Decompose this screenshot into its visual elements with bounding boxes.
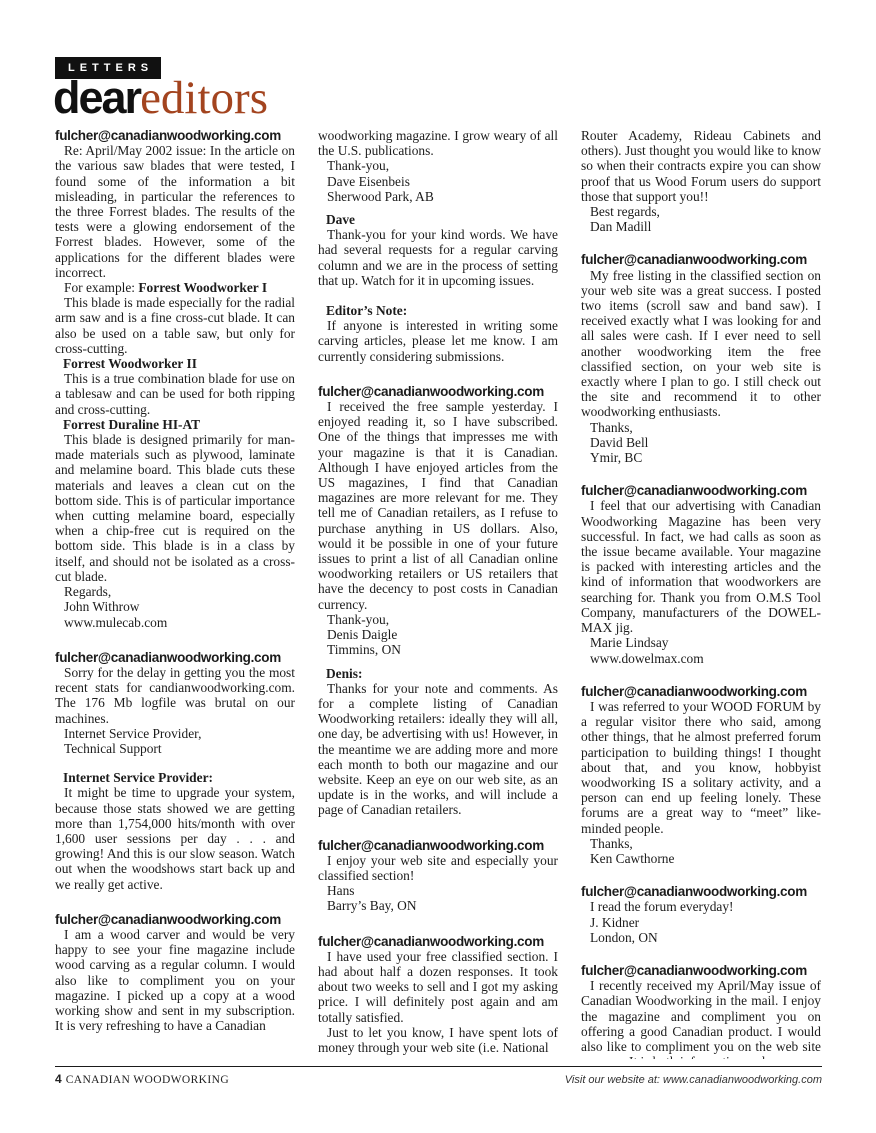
column-1: fulcher@canadianwoodworking.comRe: April…	[55, 128, 295, 1059]
signature-line: Thanks,	[581, 836, 821, 851]
footer-left: 4CANADIAN WOODWORKING	[55, 1072, 229, 1086]
paragraph: I am a wood carver and would be very hap…	[55, 927, 295, 1033]
email-heading: fulcher@canadianwoodworking.com	[581, 963, 821, 978]
paragraph: I read the forum everyday!	[581, 899, 821, 914]
bold-text: Forrest Woodworker I	[138, 280, 267, 295]
letter-gap	[318, 288, 558, 303]
signature-block: J. KidnerLondon, ON	[581, 915, 821, 945]
email-heading: fulcher@canadianwoodworking.com	[55, 128, 295, 143]
signature-block: Internet Service Provider,Technical Supp…	[55, 726, 295, 756]
signature-line: Thank-you,	[318, 612, 558, 627]
paragraph: Re: April/May 2002 issue: In the article…	[55, 143, 295, 280]
letter-gap	[581, 945, 821, 963]
paragraph: If anyone is interested in writing some …	[318, 318, 558, 364]
signature-block: Thanks,Ken Cawthorne	[581, 836, 821, 866]
plain-text: For example:	[64, 280, 138, 295]
signature-block: Thank-you,Denis DaigleTimmins, ON	[318, 612, 558, 658]
email-heading: fulcher@canadianwoodworking.com	[581, 684, 821, 699]
signature-line: Ken Cawthorne	[581, 851, 821, 866]
signature-line: Ymir, BC	[581, 450, 821, 465]
letter-gap	[581, 234, 821, 252]
signature-line: Denis Daigle	[318, 627, 558, 642]
paragraph: It might be time to upgrade your system,…	[55, 785, 295, 891]
sub-heading: Forrest Woodworker II	[55, 356, 295, 371]
paragraph: I enjoy your web site and especially you…	[318, 853, 558, 883]
sub-heading: Forrest Duraline HI-AT	[55, 417, 295, 432]
paragraph: I have used your free classified section…	[318, 949, 558, 1025]
paragraph: Router Academy, Rideau Cabinets and othe…	[581, 128, 821, 204]
title-word-dear: dear	[53, 72, 140, 123]
email-heading: fulcher@canadianwoodworking.com	[55, 912, 295, 927]
signature-block: Thanks,David BellYmir, BC	[581, 420, 821, 466]
paragraph: My free listing in the classified sectio…	[581, 268, 821, 420]
column-3: Router Academy, Rideau Cabinets and othe…	[581, 128, 821, 1059]
signature-line: Technical Support	[55, 741, 295, 756]
signature-block: Thank-you,Dave EisenbeisSherwood Park, A…	[318, 158, 558, 204]
paragraph-mixed: For example: Forrest Woodworker I	[55, 280, 295, 295]
signature-line: Thank-you,	[318, 158, 558, 173]
letter-gap	[581, 666, 821, 684]
magazine-page: LETTERS deareditors fulcher@canadianwood…	[0, 0, 876, 1133]
signature-line: Internet Service Provider,	[55, 726, 295, 741]
paragraph: Thank-you for your kind words. We have h…	[318, 227, 558, 288]
signature-line: Timmins, ON	[318, 642, 558, 657]
signature-line: Best regards,	[581, 204, 821, 219]
paragraph: I feel that our advertising with Canadia…	[581, 498, 821, 635]
paragraph: I recently received my April/May issue o…	[581, 978, 821, 1059]
magazine-name: CANADIAN WOODWORKING	[66, 1074, 229, 1086]
email-heading: fulcher@canadianwoodworking.com	[581, 252, 821, 267]
email-heading: fulcher@canadianwoodworking.com	[581, 884, 821, 899]
signature-line: London, ON	[581, 930, 821, 945]
letter-gap	[318, 658, 558, 666]
paragraph: This blade is made especially for the ra…	[55, 295, 295, 356]
signature-line: Barry’s Bay, ON	[318, 898, 558, 913]
signature-line: Sherwood Park, AB	[318, 189, 558, 204]
letter-gap	[318, 364, 558, 384]
email-heading: fulcher@canadianwoodworking.com	[318, 838, 558, 853]
letter-gap	[55, 756, 295, 770]
paragraph: Thanks for your note and comments. As fo…	[318, 681, 558, 818]
signature-block: Best regards,Dan Madill	[581, 204, 821, 234]
sub-heading: Editor’s Note:	[318, 303, 558, 318]
paragraph: I received the free sample yesterday. I …	[318, 399, 558, 612]
footer: 4CANADIAN WOODWORKING Visit our website …	[55, 1072, 822, 1086]
paragraph: Just to let you know, I have spent lots …	[318, 1025, 558, 1055]
page-number: 4	[55, 1072, 62, 1086]
letter-gap	[318, 914, 558, 934]
letter-gap	[318, 204, 558, 212]
letter-gap	[581, 465, 821, 483]
letter-gap	[318, 818, 558, 838]
email-heading: fulcher@canadianwoodworking.com	[318, 934, 558, 949]
sub-heading: Dave	[318, 212, 558, 227]
signature-line: www.mulecab.com	[55, 615, 295, 630]
signature-line: Marie Lindsay	[581, 635, 821, 650]
website-note: Visit our website at: www.canadianwoodwo…	[565, 1074, 822, 1086]
paragraph: This is a true combination blade for use…	[55, 371, 295, 417]
signature-line: J. Kidner	[581, 915, 821, 930]
title-word-editors: editors	[140, 72, 268, 124]
email-heading: fulcher@canadianwoodworking.com	[318, 384, 558, 399]
letter-gap	[55, 630, 295, 650]
letter-gap	[581, 866, 821, 884]
signature-block: Regards,John Withrowwww.mulecab.com	[55, 584, 295, 630]
signature-block: HansBarry’s Bay, ON	[318, 883, 558, 913]
footer-rule	[55, 1066, 822, 1067]
paragraph: I was referred to your WOOD FORUM by a r…	[581, 699, 821, 836]
signature-line: David Bell	[581, 435, 821, 450]
signature-line: Hans	[318, 883, 558, 898]
email-heading: fulcher@canadianwoodworking.com	[581, 483, 821, 498]
signature-line: Dan Madill	[581, 219, 821, 234]
paragraph: woodworking magazine. I grow weary of al…	[318, 128, 558, 158]
signature-line: www.dowelmax.com	[581, 651, 821, 666]
page-title: deareditors	[53, 74, 268, 126]
letter-gap	[55, 892, 295, 912]
letters-columns: fulcher@canadianwoodworking.comRe: April…	[55, 128, 822, 1059]
email-heading: fulcher@canadianwoodworking.com	[55, 650, 295, 665]
paragraph: Sorry for the delay in getting you the m…	[55, 665, 295, 726]
signature-line: Regards,	[55, 584, 295, 599]
signature-block: Marie Lindsaywww.dowelmax.com	[581, 635, 821, 665]
paragraph: This blade is designed primarily for man…	[55, 432, 295, 584]
sub-heading: Internet Service Provider:	[55, 770, 295, 785]
signature-line: Dave Eisenbeis	[318, 174, 558, 189]
column-2: woodworking magazine. I grow weary of al…	[318, 128, 558, 1059]
sub-heading: Denis:	[318, 666, 558, 681]
signature-line: John Withrow	[55, 599, 295, 614]
signature-line: Thanks,	[581, 420, 821, 435]
